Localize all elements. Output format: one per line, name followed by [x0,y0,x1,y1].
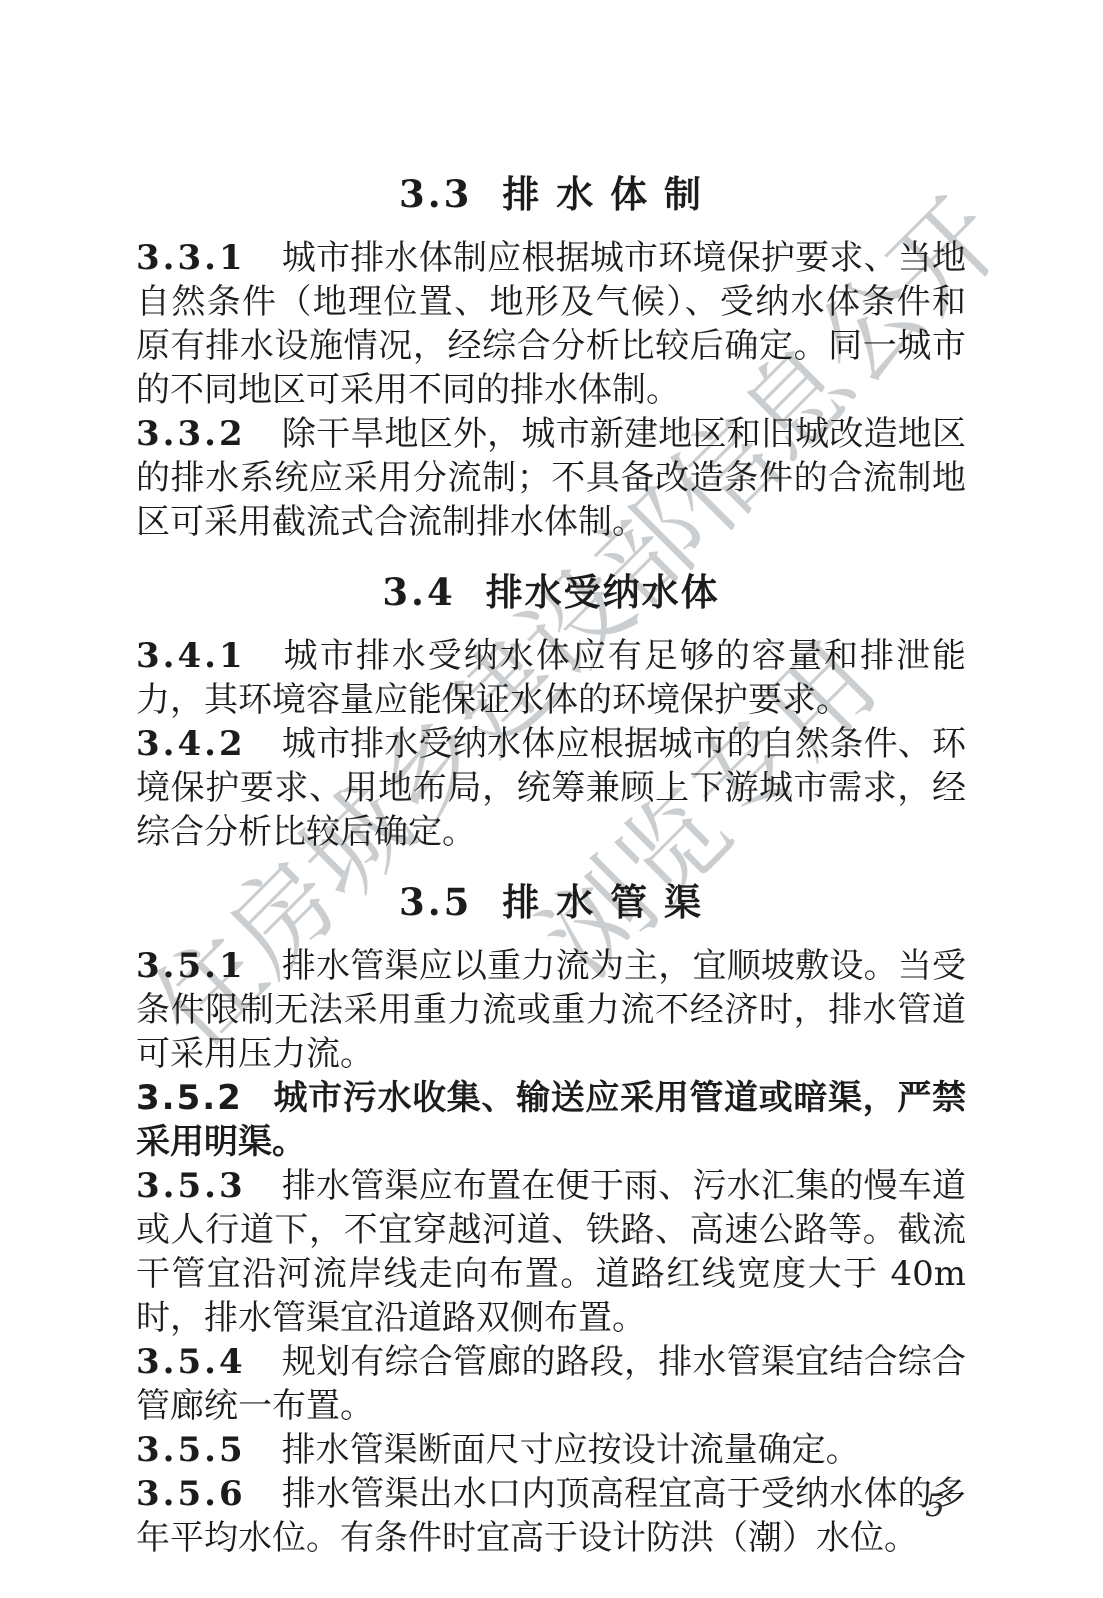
clause-number: 3.4.2 [136,724,246,764]
clause-text: 规划有综合管廊的路段，排水管渠宜结合综合管廊统一布置。 [136,1342,966,1426]
document-page: 住房城乡建设部信息公开 浏览专用 3.3排 水 体 制3.3.1城市排水体制应根… [0,0,1103,1598]
clause-text: 城市排水体制应根据城市环境保护要求、当地自然条件（地理位置、地形及气候）、受纳水… [136,238,966,410]
clause-text: 排水管渠应以重力流为主，宜顺坡敷设。当受条件限制无法采用重力流或重力流不经济时，… [136,946,966,1074]
clause-text: 城市排水受纳水体应根据城市的自然条件、环境保护要求、用地布局，统筹兼顾上下游城市… [136,724,966,852]
section-heading-3.3: 3.3排 水 体 制 [136,172,966,236]
page-number: 5 [915,1488,955,1524]
clause-3.5.5: 3.5.5排水管渠断面尺寸应按设计流量确定。 [136,1428,966,1472]
section-title: 排 水 体 制 [502,172,703,216]
section-heading-3.5: 3.5排 水 管 渠 [136,854,966,944]
clause-3.5.1: 3.5.1排水管渠应以重力流为主，宜顺坡敷设。当受条件限制无法采用重力流或重力流… [136,944,966,1076]
clause-3.5.3: 3.5.3排水管渠应布置在便于雨、污水汇集的慢车道或人行道下，不宜穿越河道、铁路… [136,1164,966,1340]
section-number: 3.3 [399,172,472,216]
clause-number: 3.5.3 [136,1166,246,1206]
clause-text: 除干旱地区外，城市新建地区和旧城改造地区的排水系统应采用分流制；不具备改造条件的… [136,414,966,542]
clause-3.5.4: 3.5.4规划有综合管廊的路段，排水管渠宜结合综合管廊统一布置。 [136,1340,966,1428]
clause-text: 排水管渠出水口内顶高程宜高于受纳水体的多年平均水位。有条件时宜高于设计防洪（潮）… [136,1474,966,1558]
section-number: 3.4 [382,570,455,614]
clause-number: 3.3.1 [136,238,246,278]
clause-3.5.6: 3.5.6排水管渠出水口内顶高程宜高于受纳水体的多年平均水位。有条件时宜高于设计… [136,1472,966,1560]
clause-number: 3.5.4 [136,1342,246,1382]
document-content: 3.3排 水 体 制3.3.1城市排水体制应根据城市环境保护要求、当地自然条件（… [136,172,966,1560]
clause-number: 3.5.2 [136,1078,243,1118]
section-heading-3.4: 3.4排水受纳水体 [136,544,966,634]
section-number: 3.5 [399,880,472,924]
clause-3.5.2: 3.5.2城市污水收集、输送应采用管道或暗渠，严禁采用明渠。 [136,1076,966,1164]
clause-number: 3.4.1 [136,636,246,676]
clause-3.3.2: 3.3.2除干旱地区外，城市新建地区和旧城改造地区的排水系统应采用分流制；不具备… [136,412,966,544]
section-title: 排 水 管 渠 [502,880,703,924]
clause-3.3.1: 3.3.1城市排水体制应根据城市环境保护要求、当地自然条件（地理位置、地形及气候… [136,236,966,412]
clause-number: 3.5.5 [136,1430,246,1470]
clause-text: 排水管渠断面尺寸应按设计流量确定。 [282,1430,860,1470]
section-title: 排水受纳水体 [486,570,720,614]
clause-number: 3.3.2 [136,414,246,454]
clause-text: 城市排水受纳水体应有足够的容量和排泄能力，其环境容量应能保证水体的环境保护要求。 [136,636,966,720]
clause-3.4.2: 3.4.2城市排水受纳水体应根据城市的自然条件、环境保护要求、用地布局，统筹兼顾… [136,722,966,854]
clause-number: 3.5.6 [136,1474,246,1514]
clause-text: 排水管渠应布置在便于雨、污水汇集的慢车道或人行道下，不宜穿越河道、铁路、高速公路… [136,1166,966,1338]
clause-number: 3.5.1 [136,946,246,986]
clause-3.4.1: 3.4.1城市排水受纳水体应有足够的容量和排泄能力，其环境容量应能保证水体的环境… [136,634,966,722]
clause-text: 城市污水收集、输送应采用管道或暗渠，严禁采用明渠。 [136,1078,966,1162]
